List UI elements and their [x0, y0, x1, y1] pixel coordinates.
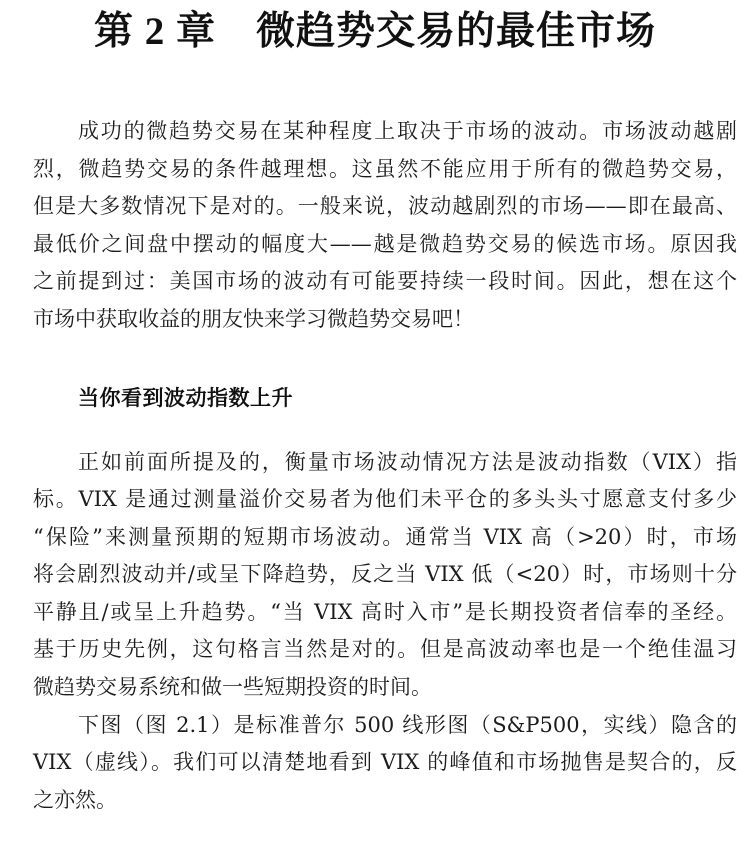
text-line: 成功的微趋势交易在某种程度上取决于市场的波动。市场波动越剧 [78, 116, 737, 146]
chapter-title: 第 2 章微趋势交易的最佳市场 [0, 4, 750, 60]
text-line: 市场中获取收益的朋友快来学习微趋势交易吧！ [33, 304, 737, 334]
chapter-number: 第 2 章 [94, 10, 216, 53]
text-line: “保险”来测量预期的短期市场波动。通常当 VIX 高（>20）时，市场 [33, 522, 737, 552]
book-page: 第 2 章微趋势交易的最佳市场 成功的微趋势交易在某种程度上取决于市场的波动。市… [0, 0, 750, 848]
text-line: VIX（虚线）。我们可以清楚地看到 VIX 的峰值和市场抛售是契合的，反 [33, 747, 737, 777]
text-line: 但是大多数情况下是对的。一般来说，波动越剧烈的市场——即在最高、 [33, 191, 737, 221]
text-line: 平静且/或呈上升趋势。“当 VIX 高时入市”是长期投资者信奉的圣经。 [33, 597, 737, 627]
text-line: 之前提到过：美国市场的波动有可能要持续一段时间。因此，想在这个 [33, 266, 737, 296]
text-line: 正如前面所提及的，衡量市场波动情况方法是波动指数（VIX）指 [78, 447, 737, 477]
text-line: 之亦然。 [33, 785, 737, 815]
text-line: 下图（图 2.1）是标准普尔 500 线形图（S&P500，实线）隐含的 [78, 710, 737, 740]
text-line: 微趋势交易系统和做一些短期投资的时间。 [33, 672, 737, 702]
chapter-title-text: 微趋势交易的最佳市场 [256, 10, 656, 53]
section-heading: 当你看到波动指数上升 [78, 383, 293, 413]
text-line: 标。VIX 是通过测量溢价交易者为他们未平仓的多头头寸愿意支付多少 [33, 484, 737, 514]
text-line: 最低价之间盘中摆动的幅度大——越是微趋势交易的候选市场。原因我 [33, 229, 737, 259]
text-line: 烈，微趋势交易的条件越理想。这虽然不能应用于所有的微趋势交易， [33, 154, 737, 184]
text-line: 基于历史先例，这句格言当然是对的。但是高波动率也是一个绝佳温习 [33, 634, 737, 664]
text-line: 将会剧烈波动并/或呈下降趋势，反之当 VIX 低（<20）时，市场则十分 [33, 559, 737, 589]
